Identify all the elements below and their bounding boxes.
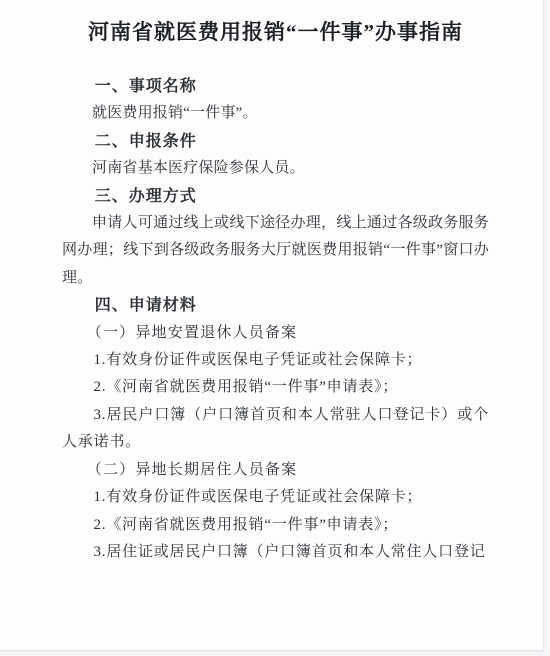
section-4-sub-2-heading: （二）异地长期居住人员备案 — [62, 457, 489, 484]
document-page: 河南省就医费用报销“一件事”办事指南 一、事项名称 就医费用报销“一件事”。 二… — [0, 0, 544, 651]
document-content: 河南省就医费用报销“一件事”办事指南 一、事项名称 就医费用报销“一件事”。 二… — [0, 0, 543, 566]
section-2-body: 河南省基本医疗保险参保人员。 — [62, 155, 489, 182]
section-4-sub-1-heading: （一）异地安置退休人员备案 — [62, 320, 489, 347]
section-4-sub-1-item-2: 2.《河南省就医费用报销“一件事”申请表》； — [62, 374, 489, 401]
section-1-body: 就医费用报销“一件事”。 — [62, 100, 489, 127]
section-4-sub-2-item-1: 1.有效身份证件或医保电子凭证或社会保障卡； — [62, 484, 489, 511]
section-4-heading: 四、申请材料 — [62, 292, 489, 319]
section-1-heading: 一、事项名称 — [62, 73, 489, 100]
document-title: 河南省就医费用报销“一件事”办事指南 — [62, 18, 489, 47]
section-4-sub-1-item-3: 3.居民户口簿（户口簿首页和本人常驻人口登记卡）或个人承诺书。 — [62, 402, 489, 457]
section-3-heading: 三、办理方式 — [62, 183, 489, 210]
section-4-sub-1-item-1: 1.有效身份证件或医保电子凭证或社会保障卡； — [62, 347, 489, 374]
section-4-sub-2-item-2: 2.《河南省就医费用报销“一件事”申请表》； — [62, 512, 489, 539]
section-2-heading: 二、申报条件 — [62, 128, 489, 155]
section-4-sub-2-item-3: 3.居住证或居民户口簿（户口簿首页和本人常住人口登记 — [62, 539, 489, 566]
document-body: 一、事项名称 就医费用报销“一件事”。 二、申报条件 河南省基本医疗保险参保人员… — [62, 73, 489, 566]
section-3-body: 申请人可通过线上或线下途径办理，线上通过各级政务服务网办理；线下到各级政务服务大… — [62, 210, 489, 292]
